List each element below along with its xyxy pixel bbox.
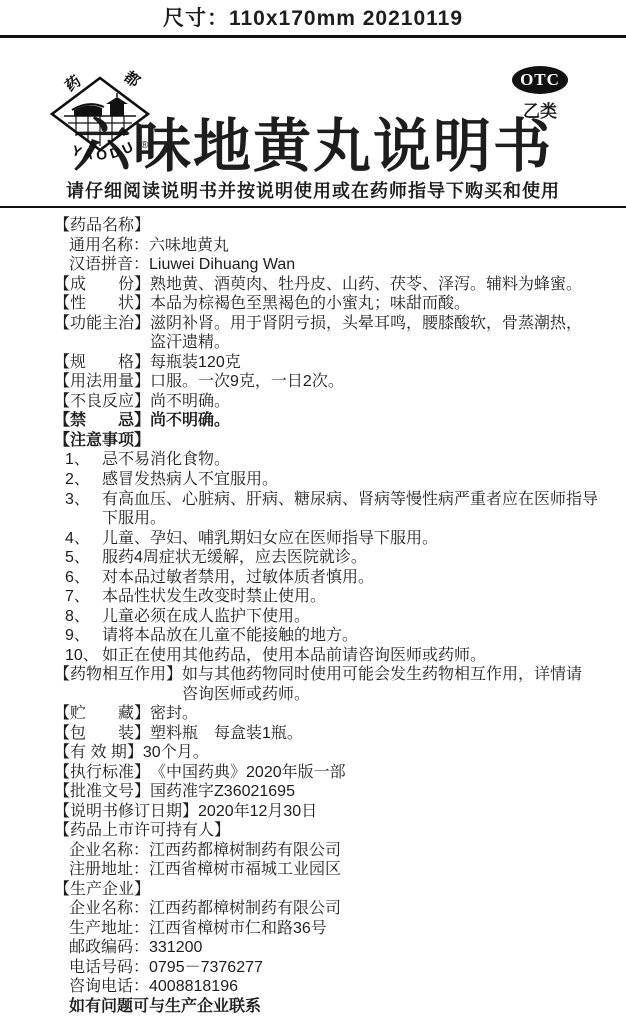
storage: 【贮 藏】密封。: [54, 704, 598, 724]
packaging: 【包 装】塑料瓶 每盒装1瓶。: [54, 724, 598, 744]
pinyin-name: 汉语拼音：Liuwei Dihuang Wan: [54, 255, 598, 275]
revision-date: 【说明书修订日期】2020年12月30日: [54, 802, 598, 822]
item-text: 有高血压、心脏病、肝病、糖尿病、肾病等慢性病严重者应在医师指导下服用。: [102, 490, 598, 529]
precaution-item: 8、儿童必须在成人监护下使用。: [65, 607, 598, 627]
item-text: 忌不易消化食物。: [102, 450, 598, 470]
item-text: 儿童必须在成人监护下使用。: [102, 607, 598, 627]
field-label: 【贮 藏】: [54, 704, 150, 724]
leaflet-page: 尺寸：110x170mm 20210119 药 都: [0, 0, 626, 1024]
svg-text:YAODU: YAODU: [70, 137, 139, 163]
item-text: 如正在使用其他药品，使用本品前请咨询医师或药师。: [102, 646, 598, 666]
print-meta-line: 尺寸：110x170mm 20210119: [0, 0, 626, 32]
otc-area: OTC 乙类: [510, 66, 570, 122]
otc-badge-label: OTC: [520, 70, 560, 90]
functions-indications: 【功能主治】滋阴补肾。用于肾阴亏损，头晕耳鸣，腰膝酸软，骨蒸潮热，盗汗遗精。: [54, 314, 598, 353]
field-value: 熟地黄、酒萸肉、牡丹皮、山药、茯苓、泽泻。辅料为蜂蜜。: [150, 275, 598, 295]
item-marker: 9、: [65, 626, 102, 646]
drug-interactions: 【药物相互作用】如与其他药物同时使用可能会发生药物相互作用，详情请咨询医师或药师…: [54, 665, 598, 704]
otc-class-label: 乙类: [510, 97, 570, 122]
field-label: 【性 状】: [54, 294, 150, 314]
field-value: 本品为棕褐色至黑褐色的小蜜丸；味甜而酸。: [150, 294, 598, 314]
item-text: 儿童、孕妇、哺乳期妇女应在医师指导下服用。: [102, 529, 598, 549]
adverse-reactions: 【不良反应】尚不明确。: [54, 392, 598, 412]
precaution-item: 7、本品性状发生改变时禁止使用。: [65, 587, 598, 607]
field-value: 尚不明确。: [150, 411, 598, 431]
item-text: 感冒发热病人不宜服用。: [102, 470, 598, 490]
item-marker: 4、: [65, 529, 102, 549]
field-label: 【药物相互作用】: [54, 665, 182, 685]
field-label: 【禁 忌】: [54, 411, 150, 431]
precaution-item: 2、感冒发热病人不宜服用。: [65, 470, 598, 490]
field-value: 塑料瓶 每盒装1瓶。: [150, 724, 598, 744]
field-value: 每瓶装120克: [150, 353, 598, 373]
hotline-number: 咨询电话：4008818196: [54, 977, 598, 997]
item-marker: 7、: [65, 587, 102, 607]
item-text: 对本品过敏者禁用，过敏体质者慎用。: [102, 568, 598, 588]
field-label: 【功能主治】: [54, 314, 150, 334]
field-label: 【用法用量】: [54, 372, 150, 392]
item-marker: 1、: [65, 450, 102, 470]
field-value: 30个月。: [143, 743, 598, 763]
description: 【性 状】本品为棕褐色至黑褐色的小蜜丸；味甜而酸。: [54, 294, 598, 314]
section-manufacturer: 【生产企业】: [54, 880, 598, 900]
postal-code: 邮政编码：331200: [54, 938, 598, 958]
field-value: 如与其他药物同时使用可能会发生药物相互作用，详情请咨询医师或药师。: [182, 665, 598, 704]
shelf-life: 【有 效 期】30个月。: [54, 743, 598, 763]
field-value: 2020年12月30日: [198, 802, 598, 822]
field-label: 【成 份】: [54, 275, 150, 295]
contraindications: 【禁 忌】尚不明确。: [54, 411, 598, 431]
precaution-item: 10、如正在使用其他药品，使用本品前请咨询医师或药师。: [65, 646, 598, 666]
dosage: 【用法用量】口服。一次9克，一日2次。: [54, 372, 598, 392]
phone-number: 电话号码：0795－7376277: [54, 958, 598, 978]
field-label: 【说明书修订日期】: [54, 802, 198, 822]
logo-registered-mark: ®: [141, 140, 149, 151]
field-value: 国药准字Z36021695: [150, 782, 598, 802]
field-value: 尚不明确。: [150, 392, 598, 412]
section-license-holder: 【药品上市许可持有人】: [54, 821, 598, 841]
item-marker: 8、: [65, 607, 102, 627]
field-label: 【有 效 期】: [54, 743, 143, 763]
generic-name: 通用名称：六味地黄丸: [54, 236, 598, 256]
leaflet-body: 【药品名称】通用名称：六味地黄丸汉语拼音：Liuwei Dihuang Wan【…: [0, 208, 626, 1016]
field-value: 密封。: [150, 704, 598, 724]
brand-area: 药 都 YAODU ® OTC 乙类 六味地黄丸说明书 请仔细阅读说明书并按说明…: [0, 38, 626, 206]
item-marker: 6、: [65, 568, 102, 588]
manufacturer-address: 生产地址：江西省樟树市仁和路36号: [54, 919, 598, 939]
field-label: 【执行标准】: [54, 763, 150, 783]
specification: 【规 格】每瓶装120克: [54, 353, 598, 373]
field-value: 《中国药典》2020年版一部: [150, 763, 598, 783]
item-text: 本品性状发生改变时禁止使用。: [102, 587, 598, 607]
holder-registered-address: 注册地址：江西省樟树市福城工业园区: [54, 860, 598, 880]
yaodu-diamond-logo-icon: 药 都 YAODU ®: [48, 66, 152, 176]
precautions-list: 1、忌不易消化食物。2、感冒发热病人不宜服用。3、有高血压、心脏病、肝病、糖尿病…: [54, 450, 598, 665]
page-subtitle: 请仔细阅读说明书并按说明使用或在药师指导下购买和使用: [0, 180, 626, 203]
field-value: 口服。一次9克，一日2次。: [150, 372, 598, 392]
precaution-item: 9、请将本品放在儿童不能接触的地方。: [65, 626, 598, 646]
approval-number: 【批准文号】国药准字Z36021695: [54, 782, 598, 802]
otc-badge: OTC: [512, 66, 568, 94]
logo-char-right: 都: [120, 68, 143, 91]
item-marker: 3、: [65, 490, 102, 510]
item-marker: 10、: [65, 646, 102, 666]
section-precautions: 【注意事项】: [54, 431, 598, 451]
item-marker: 2、: [65, 470, 102, 490]
precaution-item: 6、对本品过敏者禁用，过敏体质者慎用。: [65, 568, 598, 588]
precaution-item: 1、忌不易消化食物。: [65, 450, 598, 470]
item-text: 请将本品放在儿童不能接触的地方。: [102, 626, 598, 646]
ingredients: 【成 份】熟地黄、酒萸肉、牡丹皮、山药、茯苓、泽泻。辅料为蜂蜜。: [54, 275, 598, 295]
item-marker: 5、: [65, 548, 102, 568]
field-label: 【批准文号】: [54, 782, 150, 802]
contact-note: 如有问题可与生产企业联系: [54, 997, 598, 1017]
holder-company-name: 企业名称：江西药都樟树制药有限公司: [54, 841, 598, 861]
field-label: 【规 格】: [54, 353, 150, 373]
manufacturer-company-name: 企业名称：江西药都樟树制药有限公司: [54, 899, 598, 919]
precaution-item: 5、服药4周症状无缓解，应去医院就诊。: [65, 548, 598, 568]
executive-standard: 【执行标准】《中国药典》2020年版一部: [54, 763, 598, 783]
item-text: 服药4周症状无缓解，应去医院就诊。: [102, 548, 598, 568]
precaution-item: 4、儿童、孕妇、哺乳期妇女应在医师指导下服用。: [65, 529, 598, 549]
logo-latin-name: YAODU: [70, 137, 139, 163]
field-label: 【不良反应】: [54, 392, 150, 412]
precaution-item: 3、有高血压、心脏病、肝病、糖尿病、肾病等慢性病严重者应在医师指导下服用。: [65, 490, 598, 529]
field-label: 【包 装】: [54, 724, 150, 744]
field-value: 滋阴补肾。用于肾阴亏损，头晕耳鸣，腰膝酸软，骨蒸潮热，盗汗遗精。: [150, 314, 598, 353]
section-drug-name: 【药品名称】: [54, 216, 598, 236]
